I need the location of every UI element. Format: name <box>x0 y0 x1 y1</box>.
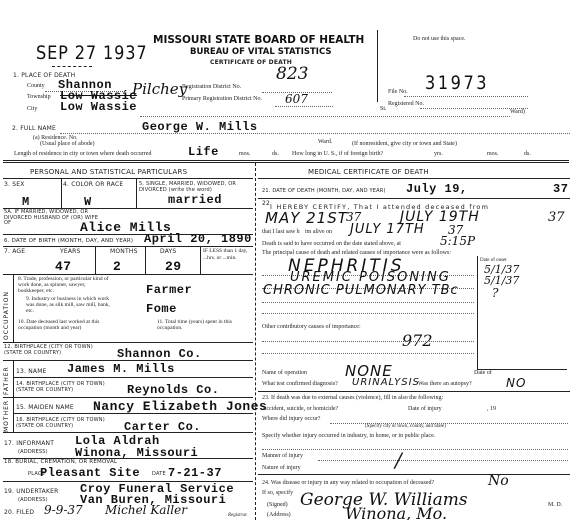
mos-label: mos. <box>239 151 251 157</box>
trade-label: 8. Trade, profession, or particular kind… <box>18 276 113 294</box>
age-div-2 <box>145 246 146 274</box>
color-divider <box>136 178 137 208</box>
color-value: W <box>84 195 92 209</box>
other-causes-label: Other contributory causes of importance: <box>262 324 361 330</box>
industry-value: Fome <box>146 302 177 316</box>
form-title: MISSOURI STATE BOARD OF HEALTH <box>153 34 364 46</box>
injury-year-label: , 19 <box>487 406 496 412</box>
external-causes-label: 23. If death was due to external causes … <box>262 395 443 401</box>
sex-value: M <box>22 195 30 209</box>
reg-district-label: Registration District No. <box>182 84 241 90</box>
personal-title-rule <box>3 178 253 179</box>
burial-label: 18. BURIAL, CREMATION, OR REMOVAL <box>4 459 117 465</box>
attended-to-year: 37 <box>548 210 565 225</box>
cause-line-4 <box>262 313 474 314</box>
less-than-day-label: IF LESS than 1 day, ...hrs. or ...min. <box>203 248 253 262</box>
injury-specify-note: (Specify city or town, county, and State… <box>365 424 446 429</box>
length-residence-label: Length of residence in city or town wher… <box>14 151 151 157</box>
signed-label: (Signed) <box>267 502 288 508</box>
other-line-1 <box>262 341 474 342</box>
if-so-label: If so, specify <box>262 490 293 496</box>
address-label: (Address) <box>267 512 291 518</box>
row-rule-7 <box>13 377 253 378</box>
row-rule-6 <box>3 360 253 361</box>
burial-date-label: DATE <box>152 471 166 477</box>
registered-no-label: Registered No. <box>388 101 424 107</box>
primary-reg-label: Primary Registration District No. <box>182 96 262 102</box>
burial-date-value: 7-21-37 <box>168 466 222 480</box>
primary-reg-value: 607 <box>285 92 308 106</box>
handwritten-county-note: Pilchey <box>132 80 187 98</box>
dob-label: 6. DATE OF BIRTH (MONTH, DAY, AND YEAR) <box>4 238 133 244</box>
age-days-label: DAYS <box>160 248 176 255</box>
filed-date-value: 9-9-37 <box>44 503 83 517</box>
accident-label: Accident, suicide, or homicide? <box>262 406 338 412</box>
foreign-birth-label: How long in U. S., if of foreign birth? <box>292 151 383 157</box>
do-not-use-note: Do not use this space. <box>413 36 466 42</box>
undertaker-label: 19. UNDERTAKER <box>4 488 58 495</box>
diagnosis-label: What test confirmed diagnosis? <box>262 381 338 387</box>
injury-dash-mark: / <box>395 448 402 472</box>
row-rule-4 <box>3 274 253 275</box>
dod-value: July 19, <box>406 182 468 196</box>
county-label: County <box>27 83 45 89</box>
dod-year-value: 37 <box>553 182 568 196</box>
marital-label: 5. SINGLE, MARRIED, WIDOWED, OR DIVORCED… <box>139 181 249 193</box>
father-side-label: FATHER <box>3 366 10 395</box>
occupation-related-value: No <box>488 473 509 489</box>
full-name-line <box>60 133 570 134</box>
mother-maiden-label: 15. MAIDEN NAME <box>16 404 74 411</box>
ward-line <box>140 116 510 117</box>
primary-reg-line <box>275 106 333 107</box>
nonresident-note: (If nonresident, give city or town and S… <box>352 141 457 147</box>
manner-line <box>318 460 568 461</box>
operation-date-label: Date of <box>474 370 492 376</box>
injury-date-label: Date of injury <box>408 406 442 412</box>
dob-value: April 20, 1890 <box>144 232 252 246</box>
md-label: M. D. <box>548 502 562 508</box>
death-time-value: 5:15P <box>440 234 475 248</box>
row-rule-9 <box>13 413 253 414</box>
death-said-label: Death is said to have occurred on the da… <box>262 241 401 247</box>
length-residence-value: Life <box>188 145 219 159</box>
operation-label: Name of operation <box>262 370 307 376</box>
occupation-side-label: OCCUPATION <box>3 291 10 340</box>
registrar-label: Registrar. <box>228 513 248 518</box>
manner-label: Manner of injury <box>262 453 303 459</box>
received-date-stamp: SEP 27 1937 <box>36 42 147 64</box>
medical-section-title: MEDICAL CERTIFICATE OF DEATH <box>308 168 429 176</box>
row-rule-10 <box>3 432 253 433</box>
age-years-value: 47 <box>55 259 72 274</box>
mother-maiden-value: Nancy Elizabeth Jones <box>93 399 267 414</box>
injury-place-line <box>262 449 568 450</box>
onset-column-divider <box>477 256 478 370</box>
injury-where-label: Where did injury occur? <box>262 416 320 422</box>
row-rule-3 <box>3 246 253 247</box>
city-label: City <box>27 106 37 112</box>
industry-label: 9. Industry or business in which work wa… <box>26 296 116 314</box>
total-time-label: 11. Total time (years) spent in this occ… <box>157 319 237 331</box>
foreign-yrs-label: yrs. <box>434 151 443 157</box>
file-no-value: 31973 <box>425 72 489 94</box>
last-worked-label: 10. Date deceased last worked at this oc… <box>18 319 118 331</box>
age-div-1 <box>95 246 96 274</box>
autopsy-label: Was there an autopsy? <box>418 381 472 387</box>
form-subtitle: BUREAU OF VITAL STATISTICS <box>190 47 331 57</box>
dod-rule <box>258 198 570 199</box>
foreign-ds-label: ds. <box>524 151 531 157</box>
nature-label: Nature of injury <box>262 465 301 471</box>
ward-label: Ward) <box>510 109 525 115</box>
full-name-value: George W. Mills <box>142 120 258 134</box>
file-no-label: File No. <box>388 89 408 95</box>
filed-label: 20. FILED <box>4 509 34 516</box>
burial-place-value: Pleasant Site <box>40 466 140 480</box>
age-years-label: YEARS <box>60 248 81 255</box>
autopsy-rule <box>258 391 570 392</box>
row-rule-5 <box>3 342 253 343</box>
section-divider <box>3 160 569 163</box>
cause-3: CHRONIC PULMONARY TBc <box>263 283 459 298</box>
age-months-value: 2 <box>113 259 121 274</box>
age-div-3 <box>200 246 201 274</box>
occupation-side-divider <box>13 274 14 342</box>
dod-label: 21. DATE OF DEATH (MONTH, DAY, AND YEAR) <box>262 188 386 194</box>
birthplace-value: Shannon Co. <box>117 347 202 361</box>
city-value: Low Wassie <box>60 100 137 114</box>
father-birthplace-value: Reynolds Co. <box>127 383 219 397</box>
father-side-divider <box>13 360 14 432</box>
attended-from-value: MAY 21ST <box>265 209 348 227</box>
age-label: 7. AGE <box>4 248 25 255</box>
reg-district-value: 823 <box>276 64 308 84</box>
cause-2-onset: 5/1/37 <box>484 274 519 287</box>
file-no-line <box>404 96 528 97</box>
ds-label: ds. <box>272 151 279 157</box>
sex-divider <box>61 178 62 208</box>
personal-section-title: PERSONAL AND STATISTICAL PARTICULARS <box>30 168 187 176</box>
street-label: St. <box>380 106 387 112</box>
column-divider <box>255 163 256 520</box>
age-days-value: 29 <box>165 259 182 274</box>
full-name-label: 2. FULL NAME <box>12 125 56 132</box>
other-line-2 <box>262 353 474 354</box>
diagnosis-value: URINALYSIS <box>352 377 420 388</box>
marital-value: married <box>168 193 222 207</box>
mother-side-label: MOTHER <box>3 400 10 432</box>
last-saw-value: JULY 17TH <box>350 222 425 237</box>
registrar-signature: Michel Kaller <box>105 503 187 517</box>
sex-label: 3. SEX <box>4 181 25 188</box>
father-name-label: 13. NAME <box>16 368 47 375</box>
nature-rule <box>258 474 570 475</box>
birthplace-label: 12. BIRTHPLACE (CITY OR TOWN) (STATE OR … <box>4 344 104 356</box>
autopsy-value: NO <box>506 376 526 390</box>
medical-title-rule <box>258 178 570 179</box>
header-divider <box>377 30 378 102</box>
cause-line-3 <box>262 302 474 303</box>
physician-address: Winona, Mo. <box>345 504 447 520</box>
father-birthplace-label: 14. BIRTHPLACE (CITY OR TOWN) (STATE OR … <box>16 381 116 393</box>
age-months-label: MONTHS <box>110 248 138 255</box>
trade-value: Farmer <box>146 283 192 297</box>
mother-birthplace-label: 16. BIRTHPLACE (CITY OR TOWN) (STATE OR … <box>16 417 116 429</box>
cause-3-onset: ? <box>492 286 498 300</box>
injury-place-label: Specify whether injury occurred in indus… <box>262 433 435 439</box>
informant-label: 17. INFORMANT <box>4 440 54 447</box>
usual-place-label: (Usual place of abode) <box>40 141 94 147</box>
father-name-value: James M. Mills <box>67 362 175 376</box>
informant-address-label: (ADDRESS) <box>18 449 48 455</box>
foreign-mos-label: mos. <box>487 151 499 157</box>
color-label: 4. COLOR OR RACE <box>63 181 123 188</box>
last-saw-label: that I last saw h <box>262 229 300 235</box>
last-saw-suffix: im alive on <box>305 229 332 235</box>
residence-ward-label: Ward. <box>318 139 332 145</box>
row-rule-8 <box>3 397 253 398</box>
occupation-related-label: 24. Was disease or injury in any way rel… <box>262 480 434 486</box>
stamp-underline <box>52 66 92 67</box>
township-label: Township <box>27 94 51 100</box>
